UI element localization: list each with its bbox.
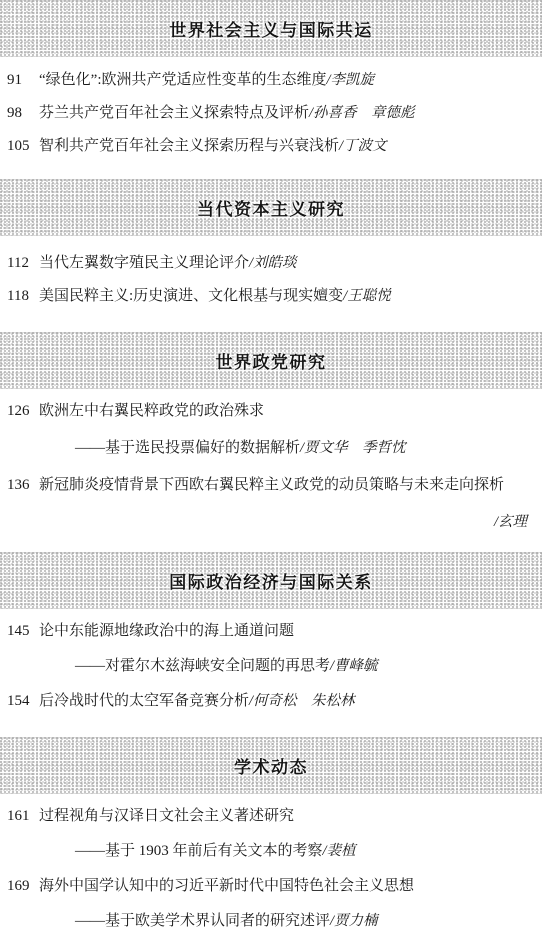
- toc-entry: 98 芬兰共产党百年社会主义探索特点及评析/孙喜香 章德彪: [7, 104, 527, 122]
- toc-section-academic-trends: 学术动态 161 过程视角与汉译日文社会主义著述研究 ——基于 1903 年前后…: [7, 737, 527, 930]
- entry-authors: /王聪悦: [343, 288, 391, 304]
- entry-title: 海外中国学认知中的习近平新时代中国特色社会主义思想: [39, 877, 527, 895]
- entry-page-number: 161: [7, 807, 39, 825]
- section-header: 国际政治经济与国际关系: [0, 552, 542, 609]
- entry-title-text: “绿色化”:欧洲共产党适应性变革的生态维度: [39, 72, 327, 88]
- entry-page-number: 105: [7, 137, 39, 155]
- toc-section-international-political-economy: 国际政治经济与国际关系 145 论中东能源地缘政治中的海上通道问题 ——对霍尔木…: [7, 552, 527, 710]
- entry-subtitle-text: ——基于欧美学术界认同者的研究述评: [75, 913, 330, 929]
- toc-entry: 154 后冷战时代的太空军备竞赛分析/何奇松 朱松林: [7, 692, 527, 710]
- entry-page-number: 154: [7, 692, 39, 710]
- entry-title: 欧洲左中右翼民粹政党的政治殊求: [39, 402, 527, 420]
- entry-page-number: 145: [7, 622, 39, 640]
- entry-title: 过程视角与汉译日文社会主义著述研究: [39, 807, 527, 825]
- entry-subtitle-text: ——基于选民投票偏好的数据解析: [75, 440, 300, 456]
- entry-page-number: 126: [7, 402, 39, 420]
- toc-entry: 118 美国民粹主义:历史演进、文化根基与现实嬗变/王聪悦: [7, 287, 527, 305]
- section-title: 世界社会主义与国际共运: [169, 16, 373, 41]
- toc-entry: 161 过程视角与汉译日文社会主义著述研究: [7, 807, 527, 825]
- entry-authors: /曹峰毓: [330, 658, 378, 674]
- toc-entry: 91 “绿色化”:欧洲共产党适应性变革的生态维度/李凯旋: [7, 71, 527, 89]
- toc-entry-subtitle: ——基于 1903 年前后有关文本的考察/裴植: [7, 842, 527, 860]
- entry-title-text: 智利共产党百年社会主义探索历程与兴衰浅析: [39, 138, 339, 154]
- toc-entry: 112 当代左翼数字殖民主义理论评介/刘皓琰: [7, 254, 527, 272]
- entry-title-text: 论中东能源地缘政治中的海上通道问题: [39, 623, 294, 639]
- entry-title: 芬兰共产党百年社会主义探索特点及评析/孙喜香 章德彪: [39, 104, 527, 122]
- toc-entry: 169 海外中国学认知中的习近平新时代中国特色社会主义思想: [7, 877, 527, 895]
- entry-authors: /丁波文: [339, 138, 387, 154]
- entry-page-number: 98: [7, 104, 39, 122]
- entry-authors: /贾文华 季哲忱: [300, 440, 406, 456]
- entry-title-text: 新冠肺炎疫情背景下西欧右翼民粹主义政党的动员策略与未来走向探析: [39, 477, 504, 493]
- entry-title-text: 后冷战时代的太空军备竞赛分析: [39, 693, 249, 709]
- entry-page-number: 136: [7, 476, 39, 494]
- entry-authors: /李凯旋: [327, 72, 375, 88]
- section-title: 当代资本主义研究: [197, 195, 345, 220]
- section-header: 世界政党研究: [0, 332, 542, 389]
- entry-title: 后冷战时代的太空军备竞赛分析/何奇松 朱松林: [39, 692, 527, 710]
- entry-page-number: 112: [7, 254, 39, 272]
- entry-subtitle-text: ——基于 1903 年前后有关文本的考察: [75, 843, 323, 859]
- entry-authors: /贾力楠: [330, 913, 378, 929]
- toc-section-world-socialism: 世界社会主义与国际共运 91 “绿色化”:欧洲共产党适应性变革的生态维度/李凯旋…: [7, 0, 527, 155]
- entry-title: 美国民粹主义:历史演进、文化根基与现实嬗变/王聪悦: [39, 287, 527, 305]
- entry-title-text: 过程视角与汉译日文社会主义著述研究: [39, 808, 294, 824]
- entry-authors: /裴植: [323, 843, 356, 859]
- section-header: 世界社会主义与国际共运: [0, 0, 542, 57]
- toc-entry: 136 新冠肺炎疫情背景下西欧右翼民粹主义政党的动员策略与未来走向探析: [7, 476, 527, 494]
- entry-title-text: 当代左翼数字殖民主义理论评介: [39, 255, 249, 271]
- entry-title: 新冠肺炎疫情背景下西欧右翼民粹主义政党的动员策略与未来走向探析: [39, 476, 527, 494]
- journal-toc-page: 世界社会主义与国际共运 91 “绿色化”:欧洲共产党适应性变革的生态维度/李凯旋…: [0, 0, 542, 937]
- toc-entry: 145 论中东能源地缘政治中的海上通道问题: [7, 622, 527, 640]
- toc-entry: 105 智利共产党百年社会主义探索历程与兴衰浅析/丁波文: [7, 137, 527, 155]
- section-title: 世界政党研究: [216, 348, 327, 373]
- entry-title: 论中东能源地缘政治中的海上通道问题: [39, 622, 527, 640]
- entry-page-number: 118: [7, 287, 39, 305]
- toc-section-contemporary-capitalism: 当代资本主义研究 112 当代左翼数字殖民主义理论评介/刘皓琰 118 美国民粹…: [7, 179, 527, 305]
- entry-authors: /刘皓琰: [249, 255, 297, 271]
- entry-title: “绿色化”:欧洲共产党适应性变革的生态维度/李凯旋: [39, 71, 527, 89]
- toc-section-world-party-studies: 世界政党研究 126 欧洲左中右翼民粹政党的政治殊求 ——基于选民投票偏好的数据…: [7, 332, 527, 531]
- toc-entry: 126 欧洲左中右翼民粹政党的政治殊求: [7, 402, 527, 420]
- entry-title-text: 海外中国学认知中的习近平新时代中国特色社会主义思想: [39, 878, 414, 894]
- section-header: 当代资本主义研究: [0, 179, 542, 236]
- entry-title-text: 美国民粹主义:历史演进、文化根基与现实嬗变: [39, 288, 343, 304]
- entry-authors: /何奇松 朱松林: [249, 693, 355, 709]
- entry-subtitle-text: ——对霍尔木兹海峡安全问题的再思考: [75, 658, 330, 674]
- entry-page-number: 91: [7, 71, 39, 89]
- entry-authors: /孙喜香 章德彪: [309, 105, 415, 121]
- entry-title: 智利共产党百年社会主义探索历程与兴衰浅析/丁波文: [39, 137, 527, 155]
- entry-page-number: 169: [7, 877, 39, 895]
- toc-entry-subtitle: ——对霍尔木兹海峡安全问题的再思考/曹峰毓: [7, 657, 527, 675]
- entry-title-text: 芬兰共产党百年社会主义探索特点及评析: [39, 105, 309, 121]
- section-header: 学术动态: [0, 737, 542, 794]
- section-title: 国际政治经济与国际关系: [169, 568, 373, 593]
- entry-authors: /玄理: [494, 514, 527, 530]
- entry-title: 当代左翼数字殖民主义理论评介/刘皓琰: [39, 254, 527, 272]
- toc-entry-author-line: /玄理: [7, 513, 527, 531]
- entry-title-text: 欧洲左中右翼民粹政党的政治殊求: [39, 403, 264, 419]
- section-title: 学术动态: [234, 753, 308, 778]
- toc-entry-subtitle: ——基于选民投票偏好的数据解析/贾文华 季哲忱: [7, 439, 527, 457]
- toc-entry-subtitle: ——基于欧美学术界认同者的研究述评/贾力楠: [7, 912, 527, 930]
